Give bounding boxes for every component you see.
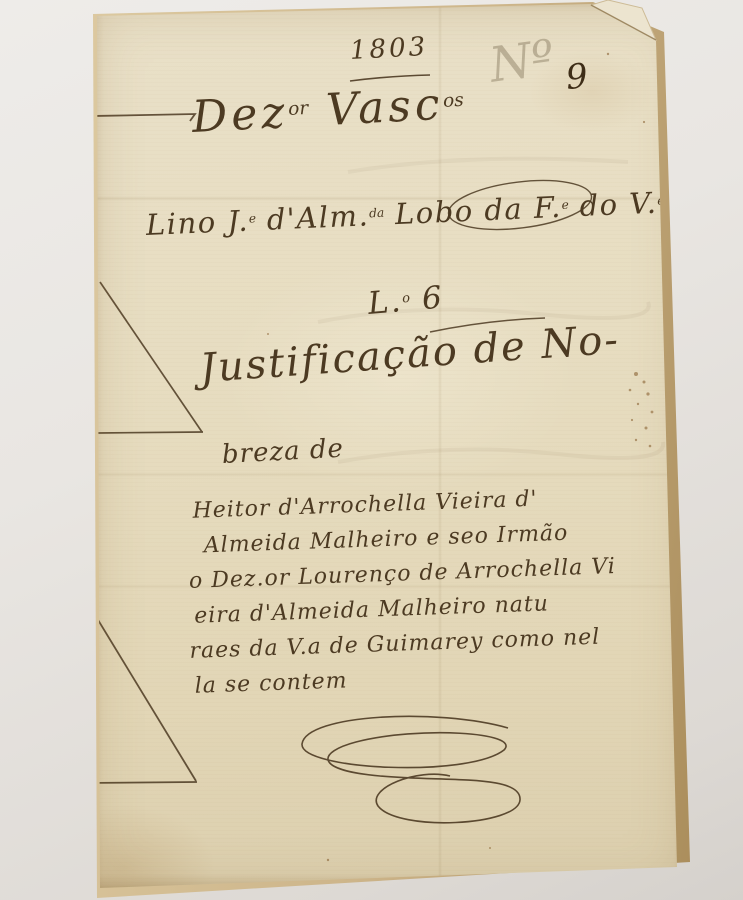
title-line-2: breza de xyxy=(221,434,344,470)
crease-vertical xyxy=(438,2,442,894)
recipient-line-2: Lino J.e d'Alm.da Lobo da F.e do V.e xyxy=(145,185,665,242)
year-text: 1803 xyxy=(349,32,429,66)
paper-vignette xyxy=(88,2,688,894)
spiral-flourish xyxy=(302,716,520,822)
book-reference: L.o 6 xyxy=(366,279,445,321)
paper-texture xyxy=(88,2,688,894)
ink-marks xyxy=(88,2,688,894)
margin-mark-middle xyxy=(95,282,203,433)
recipient-line-1: Dezor Vascos xyxy=(191,78,466,143)
margin-mark-top xyxy=(95,114,195,121)
manuscript-page: 1803 Nº 9 Dezor Vascos Lino J.e d'Alm.da… xyxy=(88,2,688,894)
page-number-ghost: Nº xyxy=(486,29,558,93)
manuscript-booklet: 1803 Nº 9 Dezor Vascos Lino J.e d'Alm.da… xyxy=(88,2,700,900)
margin-mark-bottom xyxy=(88,610,197,783)
title-line-1: Justificação de No- xyxy=(198,317,621,392)
page-number: 9 xyxy=(564,56,589,98)
year-heading: 1803 xyxy=(349,32,429,66)
photo-backdrop: 1803 Nº 9 Dezor Vascos Lino J.e d'Alm.da… xyxy=(0,0,743,900)
body-paragraph: Heitor d'Arrochella Vieira d' Almeida Ma… xyxy=(184,478,661,704)
crease-horizontal-2 xyxy=(88,472,688,477)
